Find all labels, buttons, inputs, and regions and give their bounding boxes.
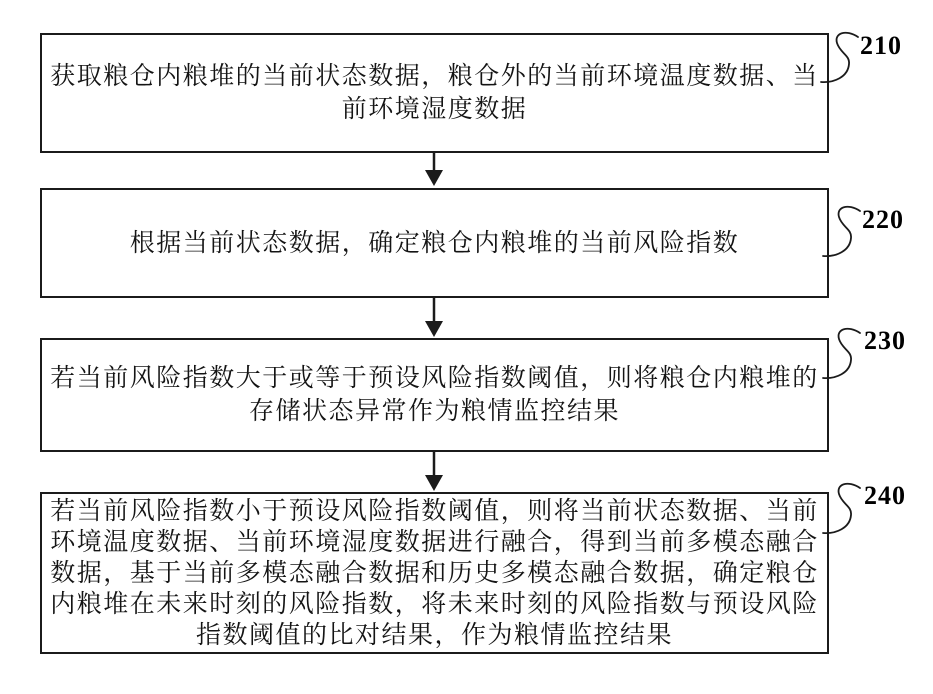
down-arrow-icon [422,297,446,339]
step-240-text-line-3: 数据，基于当前多模态融合数据和历史多模态融合数据，确定粮仓 [50,558,819,589]
leader-line-210 [818,31,862,89]
step-240-text-line-4: 内粮堆在未来时刻的风险指数，将未来时刻的风险指数与预设风险 [50,589,819,620]
leader-line-240 [820,482,864,540]
step-240-text-line-2: 环境温度数据、当前环境湿度数据进行融合，得到当前多模态融合 [50,527,819,558]
step-240-text-line-1: 若当前风险指数小于预设风险指数阈值，则将当前状态数据、当前 [50,496,819,527]
leader-line-220 [820,205,864,263]
step-210-text-line-2: 前环境湿度数据 [342,93,528,126]
flow-step-240-box: 若当前风险指数小于预设风险指数阈值，则将当前状态数据、当前 环境温度数据、当前环… [40,492,829,654]
ref-number-210: 210 [860,33,902,59]
step-230-text-line-1: 若当前风险指数大于或等于预设风险指数阈值，则将粮仓内粮堆的 [50,362,819,395]
step-230-text-line-2: 存储状态异常作为粮情监控结果 [249,395,620,428]
step-220-text-line-1: 根据当前状态数据，确定粮仓内粮堆的当前风险指数 [130,227,740,260]
flowchart-figure: 获取粮仓内粮堆的当前状态数据，粮仓外的当前环境温度数据、当 前环境湿度数据 21… [0,0,933,694]
ref-number-230: 230 [864,328,906,354]
flow-step-230-box: 若当前风险指数大于或等于预设风险指数阈值，则将粮仓内粮堆的 存储状态异常作为粮情… [40,338,829,452]
down-arrow-icon [422,451,446,493]
step-240-text-line-5: 指数阈值的比对结果，作为粮情监控结果 [196,620,673,651]
flow-step-220-box: 根据当前状态数据，确定粮仓内粮堆的当前风险指数 [40,188,829,298]
ref-number-220: 220 [862,207,904,233]
leader-line-230 [820,327,864,385]
flow-step-210-box: 获取粮仓内粮堆的当前状态数据，粮仓外的当前环境温度数据、当 前环境湿度数据 [40,33,829,153]
down-arrow-icon [422,152,446,188]
step-210-text-line-1: 获取粮仓内粮堆的当前状态数据，粮仓外的当前环境温度数据、当 [50,60,819,93]
ref-number-240: 240 [864,483,906,509]
